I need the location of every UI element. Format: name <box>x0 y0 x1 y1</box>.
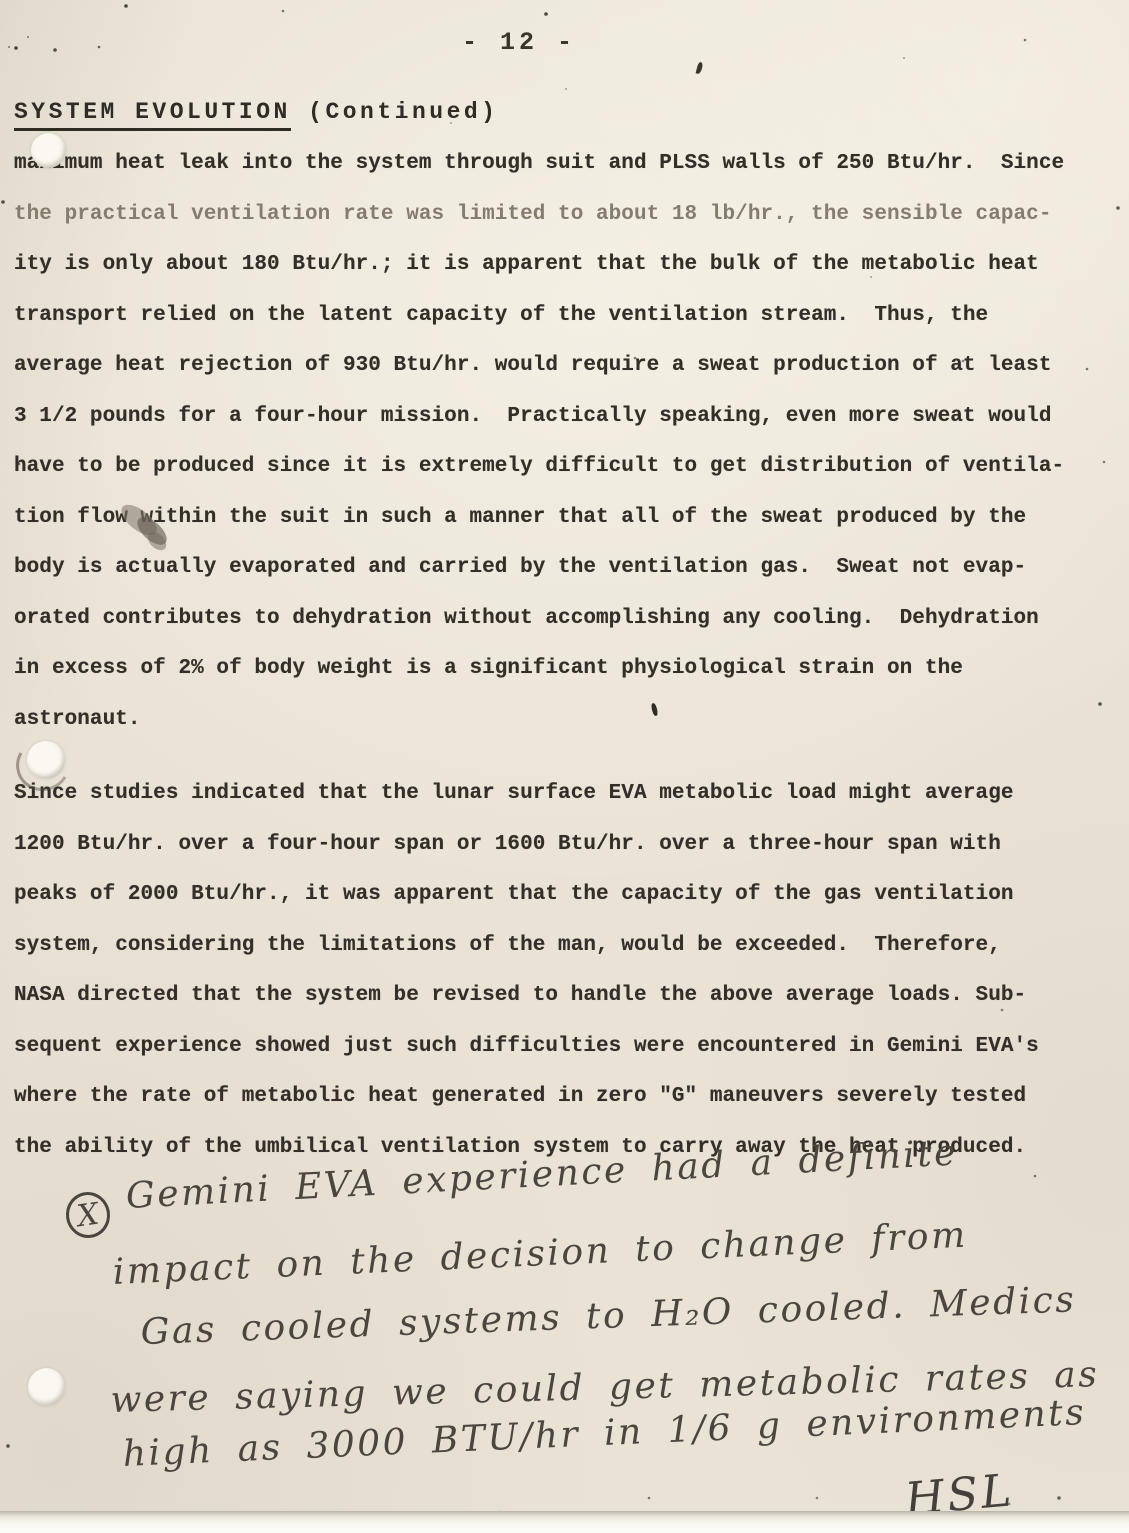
circled-x-marker: X <box>63 1189 113 1241</box>
typed-line: peaks of 2000 Btu/hr., it was apparent t… <box>14 884 1014 905</box>
punch-hole-top <box>31 133 66 168</box>
handwritten-line: impact on the decision to change from <box>112 1215 968 1293</box>
stray-ink-mark <box>651 703 659 717</box>
typed-line: orated contributes to dehydration withou… <box>14 608 1039 629</box>
typed-line: transport relied on the latent capacity … <box>14 305 988 326</box>
handwritten-line: Gas cooled systems to H₂O cooled. Medics <box>140 1279 1077 1353</box>
typed-line: the practical ventilation rate was limit… <box>14 204 1051 225</box>
typed-line: in excess of 2% of body weight is a sign… <box>14 658 963 679</box>
scanned-document-page: - 12 - SYSTEM EVOLUTION (Continued) maxi… <box>0 0 1129 1533</box>
punch-hole-bottom <box>28 1368 65 1406</box>
typed-line: sequent experience showed just such diff… <box>14 1036 1039 1057</box>
typed-line: have to be produced since it is extremel… <box>14 456 1064 477</box>
section-heading: SYSTEM EVOLUTION (Continued) <box>14 99 498 125</box>
typed-line: body is actually evaporated and carried … <box>14 557 1026 578</box>
scan-bottom-edge <box>0 1511 1129 1533</box>
typed-line: where the rate of metabolic heat generat… <box>14 1086 1026 1107</box>
typed-line: 3 1/2 pounds for a four-hour mission. Pr… <box>14 406 1051 427</box>
ink-smudge <box>116 506 176 554</box>
stray-ink-mark <box>696 62 704 75</box>
typed-line: Since studies indicated that the lunar s… <box>14 783 1014 804</box>
typed-line: 1200 Btu/hr. over a four-hour span or 16… <box>14 834 1001 855</box>
typed-line: ity is only about 180 Btu/hr.; it is app… <box>14 254 1039 275</box>
typed-line: NASA directed that the system be revised… <box>14 985 1026 1006</box>
typed-line: average heat rejection of 930 Btu/hr. wo… <box>14 355 1051 376</box>
section-heading-suffix: (Continued) <box>291 99 499 125</box>
page-number: - 12 - <box>462 28 576 57</box>
typed-line: maximum heat leak into the system throug… <box>14 153 1064 174</box>
typed-line: astronaut. <box>14 709 141 730</box>
section-heading-title: SYSTEM EVOLUTION <box>14 99 291 131</box>
paper-specks <box>0 0 2 2</box>
typed-line: system, considering the limitations of t… <box>14 935 1001 956</box>
